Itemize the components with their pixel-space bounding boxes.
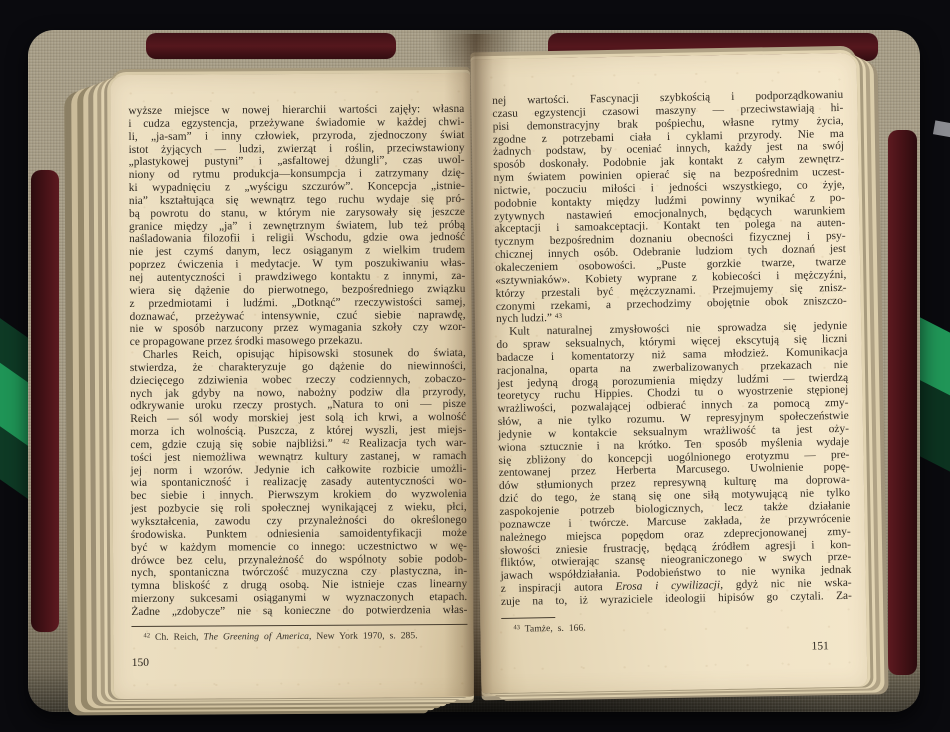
right-page-number: 151 — [502, 640, 853, 658]
left-footnote-rule — [131, 624, 467, 627]
right-page-text-column: nej wartości. Fascynacji szybkością i po… — [470, 53, 866, 658]
cover-maroon-edge-top-left — [146, 33, 396, 59]
right-footnote: 43 Tamże, s. 166. — [501, 618, 852, 635]
text-line: nie w sposób narzucony przez wymagania s… — [130, 321, 466, 336]
left-page: wyższe miejsce w nowej hierarchii wartoś… — [110, 73, 474, 699]
background-gray-object — [933, 120, 950, 137]
cover-maroon-edge-right — [888, 130, 917, 675]
left-page-body-text: wyższe miejsce w nowej hierarchii wartoś… — [128, 103, 467, 619]
right-page-body-text: nej wartości. Fascynacji szybkością i po… — [492, 89, 852, 609]
book-photo-scene: wyższe miejsce w nowej hierarchii wartoś… — [0, 0, 950, 732]
text-line: 43 Tamże, s. 166. — [501, 618, 852, 635]
text-line: 42 Ch. Reich, The Greening of America, N… — [131, 630, 467, 643]
right-footnote-rule — [501, 617, 555, 619]
left-page-number: 150 — [132, 655, 468, 669]
text-line: Żadne „zdobycze” nie są konieczne do pot… — [131, 604, 467, 619]
left-page-text-column: wyższe miejsce w nowej hierarchii wartoś… — [110, 73, 474, 669]
cover-maroon-edge-left — [31, 170, 59, 632]
left-footnote: 42 Ch. Reich, The Greening of America, N… — [131, 630, 467, 643]
right-page: nej wartości. Fascynacji szybkością i po… — [470, 53, 867, 694]
